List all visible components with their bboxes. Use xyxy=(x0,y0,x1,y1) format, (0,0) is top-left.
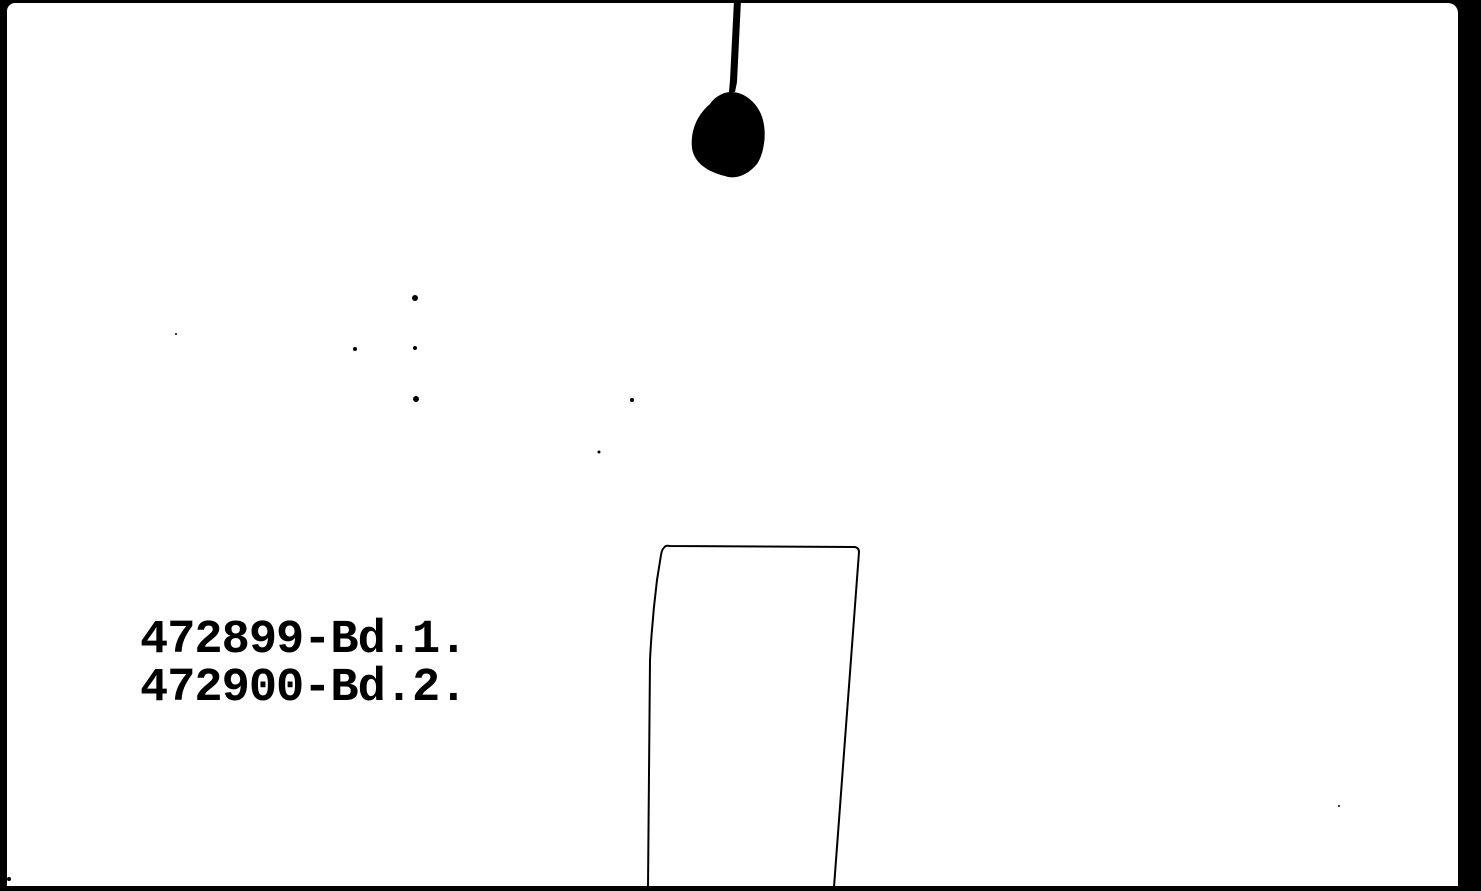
call-number-block: 472899-Bd.1. 472900-Bd.2. xyxy=(140,617,466,713)
call-number-volume-2: 472900-Bd.2. xyxy=(140,665,466,713)
call-number-volume-1: 472899-Bd.1. xyxy=(140,617,466,665)
catalog-card: 472899-Bd.1. 472900-Bd.2. xyxy=(7,3,1458,886)
